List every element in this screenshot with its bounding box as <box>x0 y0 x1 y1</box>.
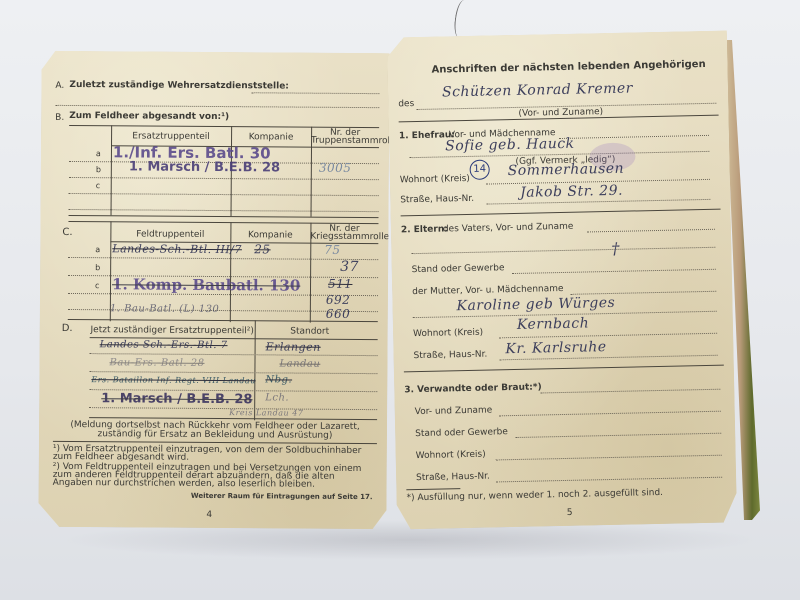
handwritten-current-unit-1: Landes-Sch.-Ers.-Btl. 7 <box>100 339 228 351</box>
col-header-current-unit: Jetzt zuständiger Ersatztruppenteil²) <box>90 325 255 336</box>
handwritten-current-unit-2: Bau-Ers.-Batl. 28 <box>109 357 204 369</box>
war-roll-number-e: 660 <box>326 307 351 321</box>
section-a-label: Zuletzt zuständige Wehrersatzdienststell… <box>69 80 289 92</box>
roll-number-b: 3005 <box>319 161 352 175</box>
section-rule <box>401 209 721 217</box>
section-b-label: Zum Feldheer abgesandt von:¹) <box>69 111 229 122</box>
footnote-1: ¹) Vom Ersatztruppenteil einzutragen, vo… <box>53 445 377 463</box>
relative-residence-label: Wohnort (Kreis) <box>416 450 486 461</box>
page-number: 4 <box>206 510 212 520</box>
dotted-line <box>251 92 379 94</box>
dotted-line <box>69 209 379 212</box>
stamp-unit-c-c: 1. Komp. Baubatl. 130 <box>112 275 300 294</box>
section-a-letter: A. <box>55 81 64 91</box>
col-header-war-roll-number: Nr. der Kriegsstammrolle <box>310 225 378 241</box>
col-header-company: Kompanie <box>231 132 311 143</box>
section-3-footnote: *) Ausfüllung nur, wenn weder 1. noch 2.… <box>406 488 663 503</box>
dotted-line <box>512 269 716 274</box>
col-header-field-unit: Feldtruppenteil <box>110 229 230 240</box>
spouse-residence-value: Sommerhausen <box>508 161 625 179</box>
section-d-note: (Meldung dortselbst nach Rückkehr vom Fe… <box>53 421 377 441</box>
mother-name-label: der Mutter, Vor- u. Mädchenname <box>412 284 564 297</box>
col-header-replacement-unit: Ersatztruppenteil <box>111 131 231 142</box>
father-name-label: des Vaters, Vor- und Zuname <box>443 222 574 235</box>
mother-name-value: Karoline geb Würges <box>456 295 615 314</box>
handwritten-current-unit-3: Ers. Bataillon Inf. Regt. VIII Landau <box>91 375 256 385</box>
col-header-company: Kompanie <box>230 230 310 241</box>
parents-street-label: Straße, Haus-Nr. <box>413 350 487 362</box>
soldier-name: Schützen Konrad Kremer <box>442 80 633 100</box>
spouse-name-value: Sofie geb. Hauck <box>445 136 575 155</box>
relative-status-label: Stand oder Gewerbe <box>415 427 508 439</box>
table-rule <box>69 215 379 218</box>
parents-street-value: Kr. Karlsruhe <box>505 339 607 357</box>
dotted-line <box>499 411 721 417</box>
dotted-line <box>55 105 379 108</box>
status-value: † <box>611 239 620 258</box>
relative-name-label: Vor- und Zuname <box>415 405 493 417</box>
page-number: 5 <box>567 508 573 518</box>
section-c-letter: C. <box>62 227 72 238</box>
war-roll-number-b: 37 <box>340 259 359 275</box>
handwritten-company-a: 25 <box>254 242 270 256</box>
right-page: Anschriften der nächsten lebenden Angehö… <box>387 30 737 529</box>
row-letter-b: b <box>95 263 100 272</box>
dotted-line <box>559 135 709 139</box>
stamp-unit-b-b: 1. Marsch / B.E.B. 28 <box>129 159 280 175</box>
spouse-street-value: Jakob Str. 29. <box>520 183 623 201</box>
row-letter-c: c <box>96 181 100 190</box>
dotted-line <box>496 455 722 461</box>
row-letter-b: b <box>96 165 101 174</box>
section-3-label: 3. Verwandte oder Braut:*) <box>404 382 542 395</box>
war-roll-number-c: 511 <box>328 277 353 291</box>
dotted-line <box>68 257 378 260</box>
loose-thread <box>452 0 470 39</box>
page-title: Anschriften der nächsten lebenden Angehö… <box>431 59 705 76</box>
row-letter-a: a <box>96 149 101 158</box>
col-header-roll-number: Nr. der Truppenstammrolle <box>311 129 379 145</box>
handwritten-location-2: Landau <box>279 358 320 369</box>
war-roll-number-d: 692 <box>326 293 351 307</box>
col-header-location: Standort <box>255 326 365 337</box>
stamp-current-unit-4: 1. Marsch / B.E.B. 28 <box>101 391 252 407</box>
handwritten-location-1: Erlangen <box>266 340 321 353</box>
dotted-line <box>587 229 715 233</box>
war-roll-number-a: 75 <box>324 243 340 257</box>
parents-residence-value: Kernbach <box>517 315 590 333</box>
dotted-line <box>411 247 715 254</box>
dotted-line <box>540 389 720 394</box>
status-label: Stand oder Gewerbe <box>412 263 505 275</box>
dotted-line <box>496 477 722 483</box>
spouse-residence-label: Wohnort (Kreis) <box>400 174 470 185</box>
footnote-2: ²) Vom Feldtruppenteil einzutragen und b… <box>53 463 377 489</box>
dotted-line <box>570 291 716 295</box>
dotted-line <box>69 177 379 180</box>
handwritten-location-3: Nbg. <box>265 374 292 385</box>
footnote-rule <box>406 488 460 490</box>
des-label: des <box>398 99 414 109</box>
parents-residence-label: Wohnort (Kreis) <box>413 328 483 339</box>
section-d-letter: D. <box>62 323 73 334</box>
left-page: A. Zuletzt zuständige Wehrersatzdienstst… <box>38 51 389 529</box>
section-2-label: 2. Eltern: <box>401 224 448 235</box>
section-rule <box>404 365 724 373</box>
handwritten-location-4: Lch. <box>265 392 289 403</box>
dotted-line <box>89 371 377 374</box>
relative-street-label: Straße, Haus-Nr. <box>416 472 490 484</box>
dotted-line <box>90 353 378 356</box>
dotted-line <box>499 333 717 339</box>
more-space-note: Weiterer Raum für Eintragungen auf Seite… <box>191 492 373 501</box>
handwritten-field-unit-e: 1. Bau-Batl. (L) 130 <box>110 303 220 315</box>
circled-number: 14 <box>469 159 489 179</box>
dotted-line <box>515 433 721 438</box>
handwritten-location-5: Kreis Landau 47 <box>229 408 303 418</box>
handwritten-field-unit-a: Landes-Sch.-Btl. III/7 <box>112 242 242 256</box>
dotted-line <box>69 193 379 196</box>
spouse-street-label: Straße, Haus-Nr. <box>400 194 474 206</box>
row-letter-a: a <box>95 245 100 254</box>
row-letter-c: c <box>95 281 99 290</box>
section-b-letter: B. <box>55 113 64 123</box>
